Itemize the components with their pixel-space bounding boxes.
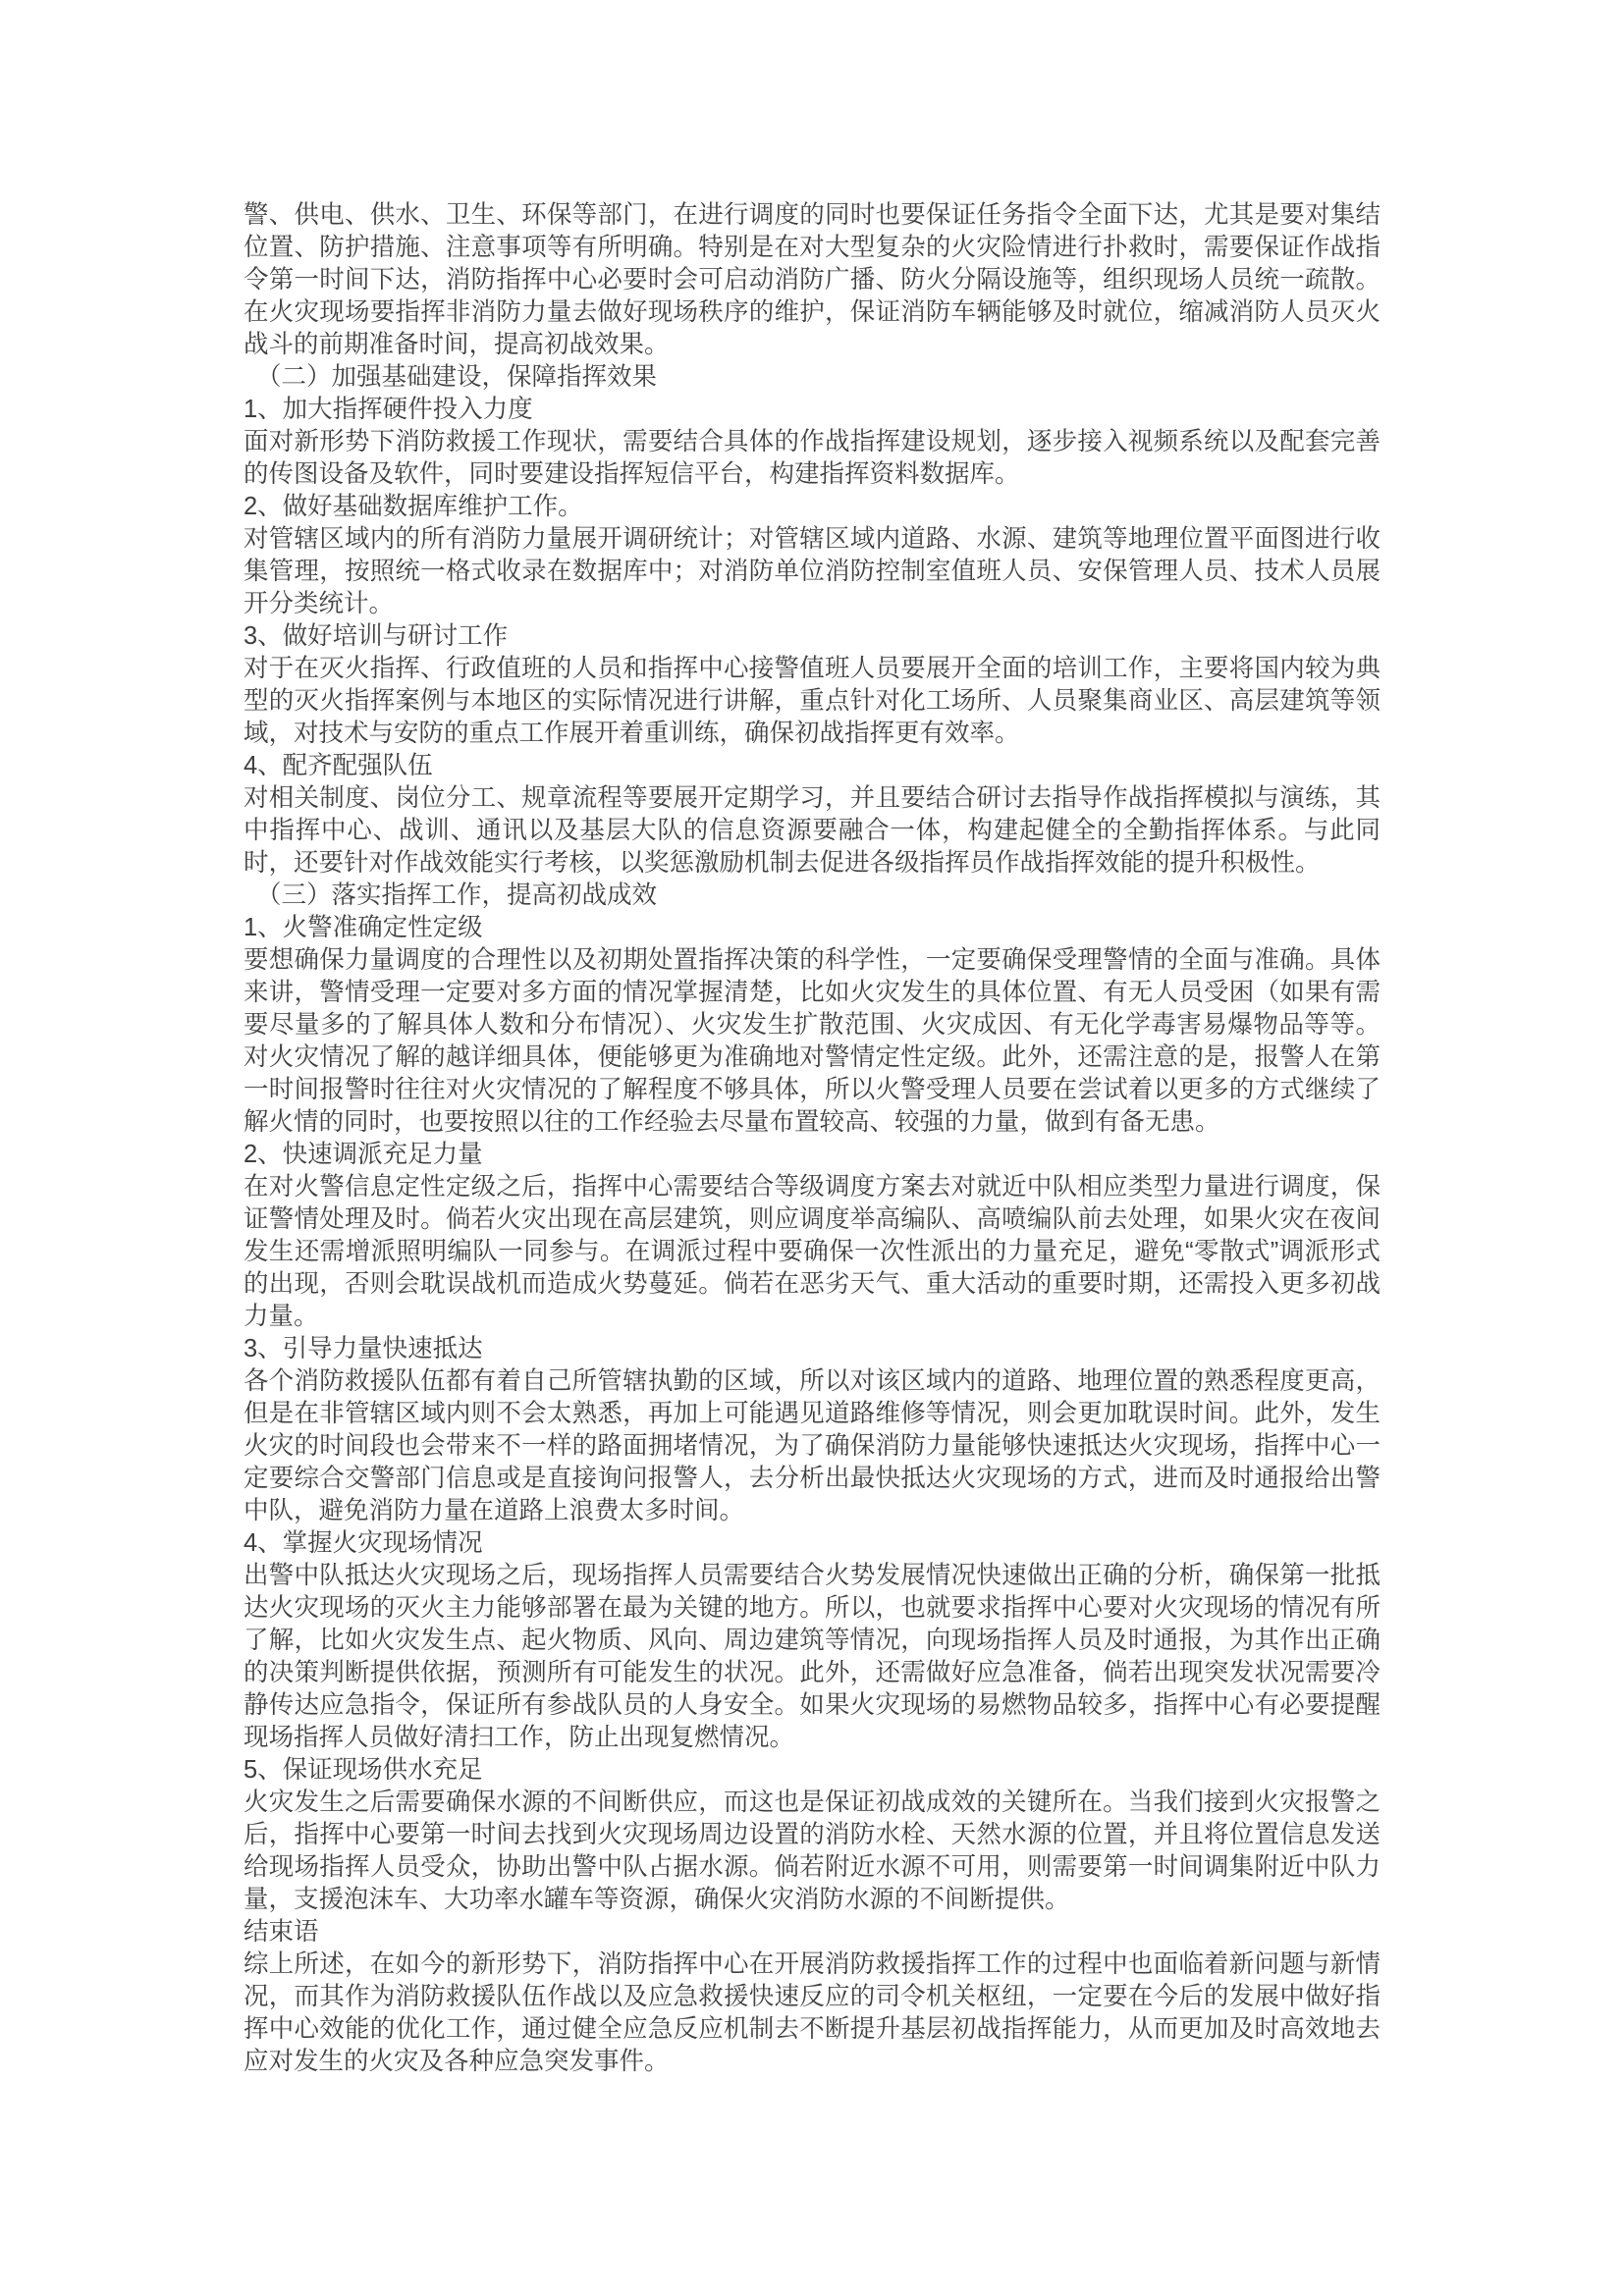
paragraph: 警、供电、供水、卫生、环保等部门，在进行调度的同时也要保证任务指令全面下达，尤其…: [244, 199, 1380, 361]
item-heading: 3、引导力量快速抵达: [244, 1333, 1380, 1365]
item-heading: 结束语: [244, 1916, 1380, 1949]
paragraph: 对管辖区域内的所有消防力量展开调研统计；对管辖区域内道路、水源、建筑等地理位置平…: [244, 523, 1380, 620]
paragraph: 对于在灭火指挥、行政值班的人员和指挥中心接警值班人员要展开全面的培训工作，主要将…: [244, 653, 1380, 750]
paragraph: 出警中队抵达火灾现场之后，现场指挥人员需要结合火势发展情况快速做出正确的分析，确…: [244, 1560, 1380, 1754]
document-body: 警、供电、供水、卫生、环保等部门，在进行调度的同时也要保证任务指令全面下达，尤其…: [244, 199, 1380, 2078]
item-heading: 5、保证现场供水充足: [244, 1754, 1380, 1787]
item-heading: 4、掌握火灾现场情况: [244, 1527, 1380, 1560]
item-heading: 3、做好培训与研讨工作: [244, 620, 1380, 653]
item-heading: 4、配齐配强队伍: [244, 750, 1380, 782]
paragraph: 对相关制度、岗位分工、规章流程等要展开定期学习，并且要结合研讨去指导作战指挥模拟…: [244, 782, 1380, 880]
paragraph: 各个消防救援队伍都有着自己所管辖执勤的区域，所以对该区域内的道路、地理位置的熟悉…: [244, 1365, 1380, 1527]
item-heading: 1、火警准确定性定级: [244, 912, 1380, 944]
item-heading: 2、快速调派充足力量: [244, 1139, 1380, 1171]
paragraph: 面对新形势下消防救援工作现状，需要结合具体的作战指挥建设规划，逐步接入视频系统以…: [244, 426, 1380, 491]
section-heading: （二）加强基础建设，保障指挥效果: [244, 361, 1380, 394]
item-heading: 2、做好基础数据库维护工作。: [244, 491, 1380, 523]
paragraph: 综上所述，在如今的新形势下，消防指挥中心在开展消防救援指挥工作的过程中也面临着新…: [244, 1949, 1380, 2078]
section-heading: （三）落实指挥工作，提高初战成效: [244, 880, 1380, 912]
paragraph: 要想确保力量调度的合理性以及初期处置指挥决策的科学性，一定要确保受理警情的全面与…: [244, 944, 1380, 1139]
document-page: 警、供电、供水、卫生、环保等部门，在进行调度的同时也要保证任务指令全面下达，尤其…: [0, 0, 1624, 2296]
paragraph: 火灾发生之后需要确保水源的不间断供应，而这也是保证初战成效的关键所在。当我们接到…: [244, 1787, 1380, 1916]
item-heading: 1、加大指挥硬件投入力度: [244, 394, 1380, 426]
paragraph: 在对火警信息定性定级之后，指挥中心需要结合等级调度方案去对就近中队相应类型力量进…: [244, 1171, 1380, 1333]
